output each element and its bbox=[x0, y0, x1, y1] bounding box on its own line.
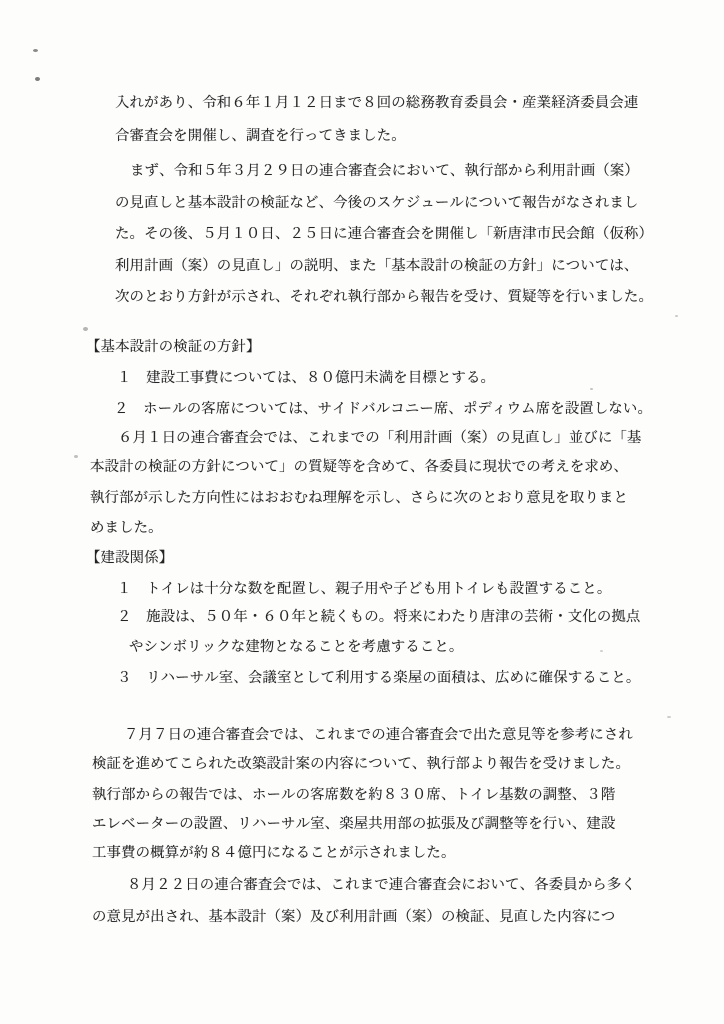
paragraph-june1-review-line: めました。 bbox=[90, 518, 163, 538]
scan-speck bbox=[600, 650, 603, 652]
scan-speck bbox=[83, 327, 88, 331]
construction-item-list-line: １ トイレは十分な数を配置し、親子用や子ども用トイレも設置すること。 bbox=[117, 579, 611, 599]
paragraph-july7-review-line: 執行部からの報告では、ホールの客席数を約８３０席、トイレ基数の調整、３階 bbox=[92, 785, 615, 805]
paragraph-july7-review-line: 工事費の概算が約８４億円になることが示されました。 bbox=[92, 843, 456, 863]
paragraph-aug22-review-line: の意見が出され、基本設計（案）及び利用計画（案）の検証、見直した内容につ bbox=[92, 907, 615, 927]
paragraph-july7-review-line: 検証を進めてこられた改築設計案の内容について、執行部より報告を受けました。 bbox=[92, 754, 630, 774]
construction-item-list-line: ２ 施設は、５０年・６０年と続くもの。将来にわたり唐津の芸術・文化の拠点 bbox=[117, 607, 640, 627]
paragraph-june1-review-line: ６月１日の連合審査会では、これまでの「利用計画（案）の見直し」並びに「基 bbox=[118, 428, 641, 448]
intro-continuation-paragraph-line: 入れがあり、令和６年１月１２日まで８回の総務教育委員会・産業経済委員会連 bbox=[115, 93, 638, 113]
scan-speck bbox=[667, 716, 671, 718]
scan-speck bbox=[590, 388, 593, 390]
paragraph-june1-review-line: 本設計の検証の方針について」の質疑等を含めて、各委員に現状での考えを求め、 bbox=[90, 457, 628, 477]
scan-speck bbox=[35, 77, 40, 81]
scan-speck bbox=[675, 315, 678, 317]
policy-item-list-line: １ 建設工事費については、８０億円未満を目標とする。 bbox=[117, 368, 495, 388]
scanned-document-page: 入れがあり、令和６年１月１２日まで８回の総務教育委員会・産業経済委員会連合審査会… bbox=[0, 0, 724, 1024]
paragraph-july7-review-line: エレベーターの設置、リハーサル室、楽屋共用部の拡張及び調整等を行い、建設 bbox=[92, 814, 615, 834]
construction-item-list-line: ３ リハーサル室、会議室として利用する楽屋の面積は、広めに確保すること。 bbox=[117, 668, 640, 688]
policy-item-list-line: ２ ホールの客席については、サイドバルコニー席、ポディウム席を設置しない。 bbox=[114, 399, 652, 419]
heading-basic-design-verification-policy-line: 【基本設計の検証の方針】 bbox=[86, 337, 261, 357]
paragraph-july7-review-line: ７月７日の連合審査会では、これまでの連合審査会で出た意見等を参考にされ bbox=[124, 725, 633, 745]
heading-construction-line: 【建設関係】 bbox=[86, 548, 173, 568]
paragraph-march29-review-line: の見直しと基本設計の検証など、今後のスケジュールについて報告がなされまし bbox=[115, 193, 638, 213]
scan-speck bbox=[74, 455, 78, 458]
paragraph-march29-review-line: まず、令和５年３月２９日の連合審査会において、執行部から利用計画（案） bbox=[130, 161, 639, 181]
scan-speck bbox=[33, 49, 38, 52]
paragraph-march29-review-line: 次のとおり方針が示され、それぞれ執行部から報告を受け、質疑等を行いました。 bbox=[115, 287, 653, 307]
paragraph-june1-review-line: 執行部が示した方向性にはおおむね理解を示し、さらに次のとおり意見を取りまと bbox=[90, 488, 628, 508]
paragraph-aug22-review-line: ８月２２日の連合審査会では、これまで連合審査会において、各委員から多く bbox=[127, 875, 636, 895]
intro-continuation-paragraph-line: 合審査会を開催し、調査を行ってきました。 bbox=[115, 126, 406, 146]
construction-item-list-line: やシンボリックな建物となることを考慮すること。 bbox=[129, 637, 463, 657]
paragraph-march29-review-line: た。その後、５月１０日、２５日に連合審査会を開催し「新唐津市民会館（仮称） bbox=[115, 224, 653, 244]
paragraph-march29-review-line: 利用計画（案）の見直し」の説明、また「基本設計の検証の方針」については、 bbox=[115, 256, 638, 276]
